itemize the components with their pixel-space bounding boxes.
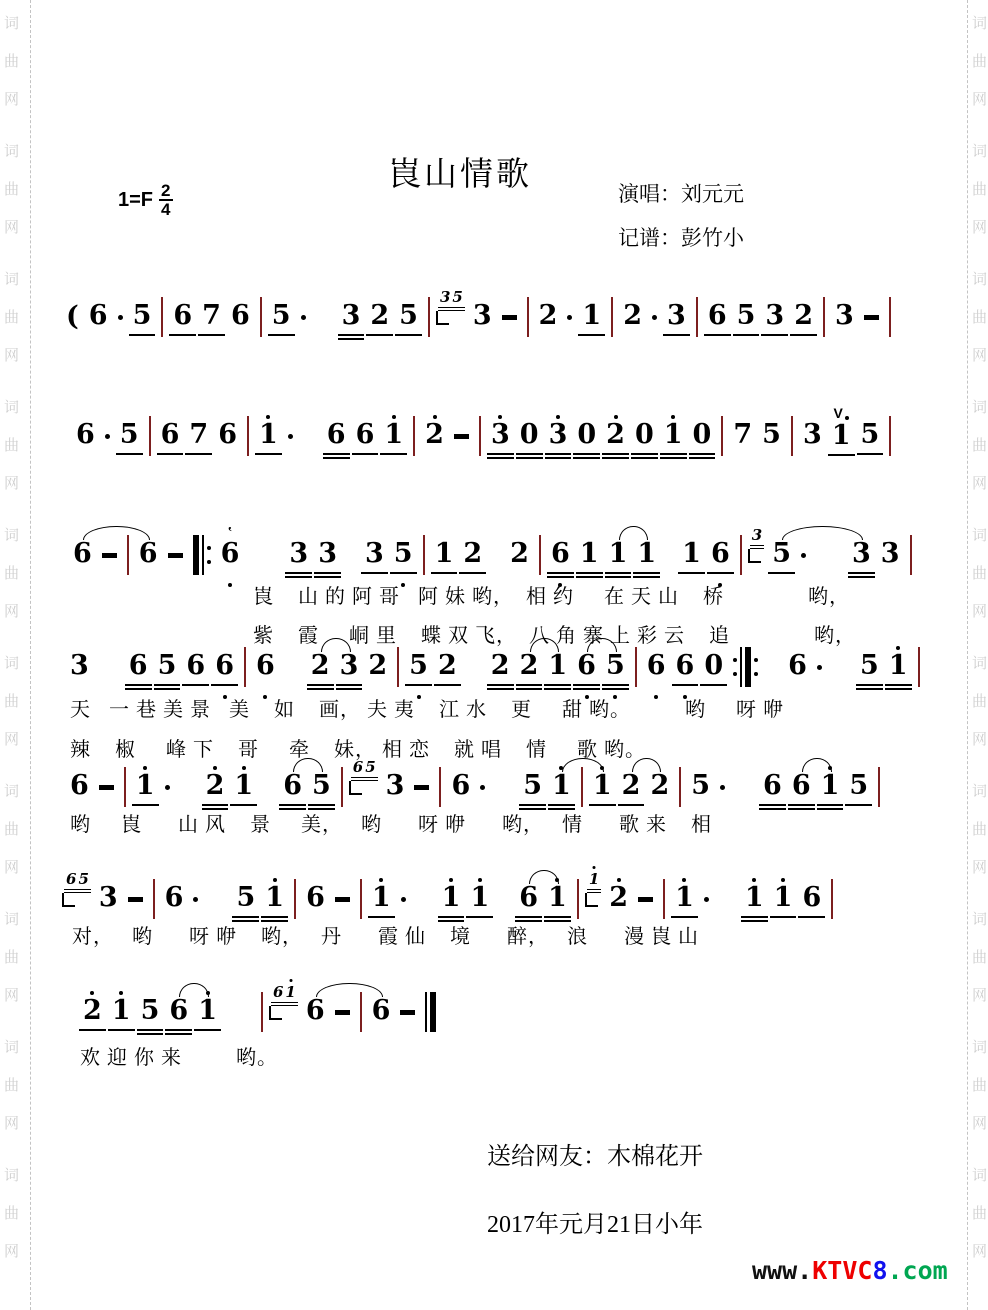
- note: 5: [849, 757, 868, 821]
- note-number: 6: [215, 650, 234, 682]
- underline-zone: [340, 682, 359, 692]
- underline-zone: [112, 1027, 131, 1037]
- underline-zone: [711, 570, 730, 580]
- grace-underline: [438, 307, 465, 309]
- underline-zone: [218, 451, 237, 461]
- date-line: 2017年元月21日小年: [200, 1204, 988, 1239]
- grace-notes: 65: [66, 871, 89, 893]
- watermark-character: 曲: [972, 1074, 987, 1095]
- underline-zone: [635, 451, 654, 461]
- underline: [487, 688, 514, 690]
- note: 5: [158, 637, 177, 701]
- barline: [261, 992, 263, 1032]
- dash-mark: [99, 785, 114, 790]
- note: 6: [231, 287, 250, 351]
- note-number: 7: [733, 419, 752, 451]
- underline-zone: [169, 1027, 188, 1037]
- underline-zone: [772, 570, 791, 580]
- note-number: 2: [311, 650, 330, 682]
- dot-mark: [401, 897, 406, 902]
- note-number: 2: [520, 650, 539, 682]
- note-number: 3: [549, 419, 568, 451]
- singer-credit: 演唱：刘元元: [618, 178, 744, 208]
- watermark-character: 网: [972, 88, 987, 109]
- underline: [704, 334, 731, 336]
- note: 5: [737, 287, 756, 351]
- note-number: 1: [832, 420, 851, 452]
- underline: [230, 804, 257, 806]
- note: 2: [83, 982, 102, 1046]
- underline-zone: [186, 682, 205, 692]
- watermark-character: 词: [4, 908, 19, 929]
- barline: [663, 879, 665, 919]
- grace-digit: 6: [66, 871, 76, 887]
- note-number: 1: [548, 882, 567, 914]
- underline: [366, 334, 393, 336]
- watermark-character: 网: [4, 728, 19, 749]
- augmentation-dot: [567, 315, 572, 379]
- note: 3: [803, 406, 822, 470]
- underline: [314, 576, 341, 578]
- lyric-line: 哟 崀 山 风 景 美， 哟 呀 咿 哟， 情 歌 来 相: [70, 808, 712, 837]
- barline: [889, 297, 891, 337]
- note-number: 2: [609, 882, 628, 914]
- note-number: 1: [548, 650, 567, 682]
- above-zone: [119, 982, 123, 995]
- note: 6: [763, 757, 782, 821]
- logo-segment: www.: [752, 1256, 812, 1285]
- underline: [547, 572, 574, 574]
- watermark-character: 曲: [972, 946, 987, 967]
- underline: [602, 684, 629, 686]
- note-number: 2: [438, 650, 457, 682]
- repeat-end-barline: [733, 647, 758, 687]
- underline-zone: [763, 802, 782, 812]
- watermark-character: 网: [4, 1240, 19, 1261]
- underline: [663, 334, 690, 336]
- underline-zone: [549, 451, 568, 461]
- barline: [581, 767, 583, 807]
- right-watermark-column: 词曲网词曲网词曲网词曲网词曲网词曲网词曲网词曲网词曲网词曲网: [972, 0, 988, 1310]
- underline-zone: [365, 570, 384, 580]
- note-number: 1: [470, 882, 489, 914]
- augmentation-dot: [118, 315, 123, 379]
- underline-zone: [637, 570, 656, 580]
- underline: [515, 916, 542, 918]
- underline-zone: [272, 332, 291, 342]
- underline: [157, 453, 184, 455]
- underline: [671, 916, 698, 918]
- note-number: 3: [803, 419, 822, 451]
- note: 3: [549, 406, 568, 470]
- underline: [125, 684, 152, 686]
- note-number: 1: [580, 538, 599, 570]
- duration-dash: [864, 315, 879, 379]
- underline-zone: [198, 1027, 217, 1037]
- underline-zone: [394, 570, 413, 580]
- note-number: 5: [399, 300, 418, 332]
- underline-zone: [215, 682, 234, 692]
- watermark-character: 曲: [972, 562, 987, 583]
- note-number: 6: [577, 650, 596, 682]
- grace-digits: 61: [273, 984, 296, 1000]
- note-number: 6: [306, 882, 325, 914]
- thin-bar: [202, 535, 204, 575]
- note-number: 1: [582, 300, 601, 332]
- barline: [341, 767, 343, 807]
- time-numerator: 2: [159, 182, 172, 201]
- barline: [244, 647, 246, 687]
- underline: [602, 453, 629, 455]
- underline-zone: [803, 451, 822, 461]
- augmentation-dot: [288, 434, 293, 498]
- note-number: 3: [765, 300, 784, 332]
- underline: [573, 684, 600, 686]
- barline: [127, 535, 129, 575]
- watermark-character: 词: [4, 524, 19, 545]
- note-number: 5: [272, 300, 291, 332]
- note: 5: [133, 287, 152, 351]
- spacer: [735, 757, 753, 759]
- note: 6: [356, 406, 375, 470]
- underline: [336, 688, 363, 690]
- dash-mark: [414, 785, 429, 790]
- underline: [678, 572, 705, 574]
- dot-mark: [118, 315, 123, 320]
- barline: [153, 879, 155, 919]
- watermark-character: 曲: [4, 306, 19, 327]
- note: 6: [173, 287, 192, 351]
- spacer: [416, 869, 432, 871]
- time-signature: 2 4: [159, 182, 172, 218]
- lyric-line: 辣 椒 峰 下 哥 牵 妹， 相 恋 就 唱 情 歌 哟。: [70, 733, 646, 762]
- note-number: 1: [889, 650, 908, 682]
- underline: [689, 453, 716, 455]
- grace-notes: 65: [353, 759, 376, 781]
- above-zone: [614, 406, 618, 419]
- underline: [631, 457, 658, 459]
- underline: [516, 688, 543, 690]
- watermark-character: 词: [4, 1036, 19, 1057]
- duration-dash: [502, 315, 517, 379]
- note-number: 2: [622, 770, 641, 802]
- watermark-character: 曲: [4, 562, 19, 583]
- note-number: 2: [539, 300, 558, 332]
- spacer: [208, 869, 226, 871]
- lyric-line: 对， 哟 呀 咿 哟， 丹 霞 仙 境 醉， 浪 漫 崀 山: [72, 920, 699, 949]
- underline-zone: [832, 452, 851, 461]
- underline-zone: [693, 451, 712, 461]
- repeat-dot: [754, 658, 758, 662]
- grace-octave-dot: [593, 866, 596, 869]
- grace-notes: 1: [589, 871, 599, 893]
- grace-hook: [62, 893, 75, 907]
- barline: [149, 416, 151, 456]
- watermark-character: 曲: [972, 818, 987, 839]
- underline-zone: [548, 682, 567, 692]
- note-number: 1: [682, 538, 701, 570]
- underline-zone: [577, 451, 596, 461]
- underline-zone: [682, 570, 701, 580]
- note-number: 6: [161, 419, 180, 451]
- intro-paren: (: [66, 301, 79, 365]
- note-number: 6: [165, 882, 184, 914]
- note-number: 5: [606, 650, 625, 682]
- spacer: [719, 869, 735, 871]
- underline-zone: [852, 570, 871, 580]
- repeat-dot: [207, 546, 211, 550]
- underline-zone: [161, 451, 180, 461]
- spacer: [227, 982, 251, 984]
- underline: [817, 804, 844, 806]
- underline-zone: [70, 682, 89, 692]
- final-barline: [425, 992, 436, 1032]
- grace-digit: 3: [440, 289, 450, 305]
- underline: [169, 334, 196, 336]
- note-number: 6: [218, 419, 237, 451]
- note-number: 1: [112, 995, 131, 1027]
- watermark-character: 词: [4, 12, 19, 33]
- note: 6: [327, 406, 346, 470]
- note-number: 1: [664, 419, 683, 451]
- underline-zone: [802, 914, 821, 924]
- note: 5: [141, 982, 160, 1046]
- dot-mark: [567, 315, 572, 320]
- note: 6: [76, 406, 95, 470]
- note-number: 3: [99, 882, 118, 914]
- underline: [618, 804, 645, 806]
- underline-zone: [860, 682, 879, 692]
- note-number: 6: [306, 995, 325, 1027]
- grace-notes: 3: [752, 527, 762, 549]
- underline: [194, 1029, 221, 1031]
- barline: [696, 297, 698, 337]
- underline-zone: [438, 682, 457, 692]
- dash-mark: [502, 315, 517, 320]
- underline: [761, 334, 788, 336]
- spacer: [316, 287, 332, 289]
- barline: [397, 647, 399, 687]
- underline-zone: [76, 451, 95, 461]
- repeat-begin-barline: [193, 535, 211, 575]
- note-number: 1: [384, 419, 403, 451]
- note-number: 6: [70, 770, 89, 802]
- watermark-character: 词: [972, 140, 987, 161]
- note: 6: [218, 406, 237, 470]
- underline-zone: [582, 332, 601, 342]
- left-dashed-border: [30, 0, 31, 1310]
- above-zone: [379, 869, 383, 882]
- note: 3: [765, 287, 784, 351]
- watermark-character: 曲: [4, 1202, 19, 1223]
- watermark-character: 网: [4, 472, 19, 493]
- note-number: 5: [158, 650, 177, 682]
- slide-mark: ʽ: [228, 528, 233, 538]
- underline: [137, 1029, 164, 1031]
- note-number: 6: [551, 538, 570, 570]
- underline-zone: [664, 451, 683, 461]
- duration-dash: [454, 434, 469, 498]
- underline: [544, 684, 571, 686]
- underline-zone: [399, 332, 418, 342]
- note-number: 6: [451, 770, 470, 802]
- underline: [487, 453, 514, 455]
- barline: [679, 767, 681, 807]
- grace-hook: [349, 781, 362, 795]
- note-number: 2: [83, 995, 102, 1027]
- above-zone: [781, 869, 785, 882]
- dash-mark: [335, 1010, 350, 1015]
- underline: [466, 916, 493, 918]
- underline-zone: [821, 802, 840, 812]
- octave-dot: [228, 583, 232, 587]
- above-zone: [266, 406, 270, 419]
- watermark-character: 曲: [972, 306, 987, 327]
- note: 7: [202, 287, 221, 351]
- note-number: 3: [491, 419, 510, 451]
- underline: [576, 576, 603, 578]
- underline: [165, 1033, 192, 1035]
- underline-zone: [704, 682, 723, 692]
- watermark-character: 词: [972, 1036, 987, 1057]
- note-number: 5: [394, 538, 413, 570]
- note: 2: [370, 287, 389, 351]
- dot-mark: [193, 897, 198, 902]
- underline-zone: [745, 914, 764, 924]
- watermark-character: 曲: [4, 946, 19, 967]
- note: 0: [577, 406, 596, 470]
- note-number: 6: [763, 770, 782, 802]
- score-line: (656765325353212365323: [66, 287, 891, 351]
- note-number: 3: [318, 538, 337, 570]
- note-number: 5: [236, 882, 255, 914]
- note-number: 6: [708, 300, 727, 332]
- underline-zone: [788, 682, 807, 692]
- note-number: 6: [221, 538, 240, 570]
- underline: [548, 804, 575, 806]
- underline-zone: [491, 682, 510, 692]
- underline: [856, 688, 883, 690]
- note-number: 1: [198, 995, 217, 1027]
- note-number: 6: [647, 650, 666, 682]
- note-number: 7: [202, 300, 221, 332]
- underline: [338, 338, 365, 340]
- breath-mark: V: [833, 406, 842, 420]
- note: 6: [161, 406, 180, 470]
- above-zone: [449, 869, 453, 882]
- underline: [323, 453, 350, 455]
- underline-zone: [256, 682, 275, 692]
- score-line: 215616166: [83, 982, 436, 1046]
- underline: [336, 684, 363, 686]
- note-number: 1: [442, 882, 461, 914]
- dash-mark: [400, 1010, 415, 1015]
- watermark-character: 曲: [972, 434, 987, 455]
- watermark-character: 词: [972, 12, 987, 33]
- dash-mark: [128, 897, 143, 902]
- grace-digit: 3: [752, 527, 762, 543]
- note-number: 6: [256, 650, 275, 682]
- note-number: 6: [139, 538, 158, 570]
- note-number: 3: [881, 538, 900, 570]
- dot-mark: [801, 553, 806, 558]
- underline-zone: [120, 451, 139, 461]
- note-number: 2: [368, 650, 387, 682]
- note-number: 5: [860, 650, 879, 682]
- underline-zone: [342, 332, 361, 342]
- underline-zone: [520, 451, 539, 461]
- dot-mark: [301, 315, 306, 320]
- above-zone: [671, 406, 675, 419]
- ktvc8-logo: www.KTVC8.com: [752, 1256, 948, 1285]
- above-zone: [752, 869, 756, 882]
- underline: [788, 808, 815, 810]
- underline-zone: [311, 682, 330, 692]
- underline: [279, 804, 306, 806]
- note-number: 2: [463, 538, 482, 570]
- underline-zone: [889, 682, 908, 692]
- underline: [261, 916, 288, 918]
- underline: [573, 453, 600, 455]
- underline: [633, 576, 660, 578]
- above-zone: [90, 982, 94, 995]
- dash-mark: [638, 897, 653, 902]
- underline: [845, 804, 872, 806]
- underline: [519, 804, 546, 806]
- underline: [487, 684, 514, 686]
- underline-zone: [794, 332, 813, 342]
- note-number: 2: [606, 419, 625, 451]
- underline-zone: [409, 682, 428, 692]
- duration-dash: [335, 1010, 350, 1074]
- underline: [589, 804, 616, 806]
- note-number: 0: [635, 419, 654, 451]
- duration-dash: [400, 1010, 415, 1074]
- underline: [202, 804, 229, 806]
- dash-mark: [168, 553, 183, 558]
- grace-underline: [750, 545, 764, 547]
- spacer: [666, 525, 672, 527]
- underline-zone: [425, 451, 444, 461]
- augmentation-dot: [704, 897, 709, 961]
- underline-zone: [835, 332, 854, 342]
- underline-zone: [318, 570, 337, 580]
- thick-bar: [745, 647, 751, 687]
- note: 0: [635, 406, 654, 470]
- underline: [137, 1033, 164, 1035]
- note-number: 1: [745, 882, 764, 914]
- underline: [338, 334, 365, 336]
- repeat-dot: [733, 672, 737, 676]
- watermark-character: 网: [4, 856, 19, 877]
- note-number: 5: [772, 538, 791, 570]
- lyric-line: 崀 山 的 阿 哥 阿 妹 哟， 相 约 在 天 山 桥 哟，: [253, 580, 850, 609]
- barline: [247, 416, 249, 456]
- right-dashed-border: [967, 0, 968, 1310]
- underline: [255, 453, 282, 455]
- underline: [323, 457, 350, 459]
- barline: [791, 416, 793, 456]
- note: 1: [745, 869, 764, 933]
- underline-zone: [259, 451, 278, 461]
- augmentation-dot: [720, 785, 725, 849]
- note-number: 3: [70, 650, 89, 682]
- note-number: 6: [792, 770, 811, 802]
- note-number: 5: [409, 650, 428, 682]
- barline: [823, 297, 825, 337]
- grace-digit: 6: [273, 984, 283, 1000]
- note: 6: [89, 287, 108, 351]
